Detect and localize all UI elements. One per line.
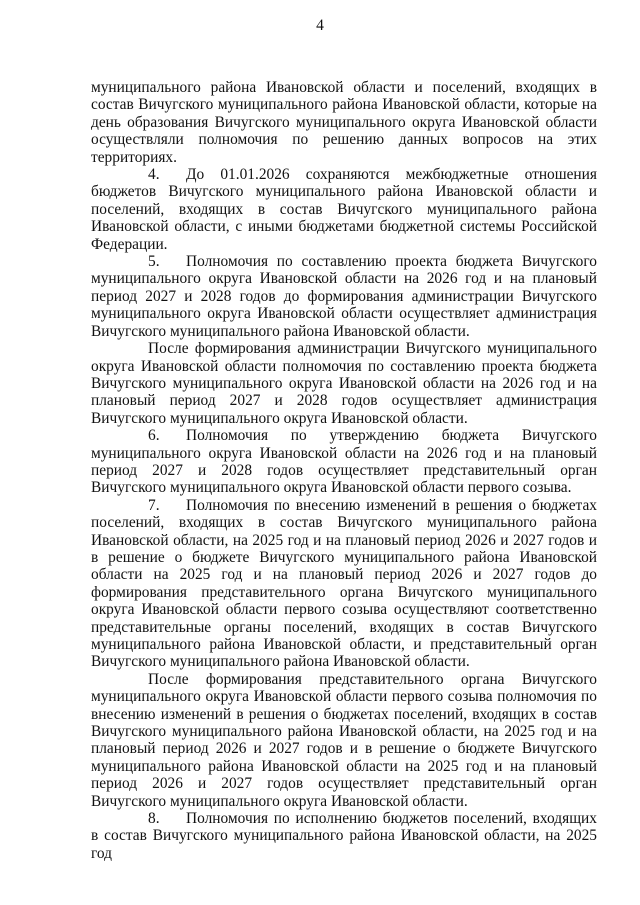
paragraph-item-5: 5.Полномочия по составлению проекта бюдж… bbox=[91, 253, 597, 340]
paragraph-item-7: 7.Полномочия по внесению изменений в реш… bbox=[91, 497, 597, 671]
paragraph-text: муниципального района Ивановской области… bbox=[91, 79, 597, 166]
paragraph-item-4: 4.До 01.01.2026 сохраняются межбюджетные… bbox=[91, 166, 597, 253]
paragraph-1: муниципального района Ивановской области… bbox=[91, 79, 597, 166]
paragraph-text: После формирования администрации Вичугск… bbox=[91, 340, 597, 427]
document-page: 4 муниципального района Ивановской облас… bbox=[0, 0, 640, 905]
paragraph-text: Полномочия по внесению изменений в решен… bbox=[91, 497, 597, 671]
item-number: 8. bbox=[148, 810, 186, 827]
item-number: 5. bbox=[148, 253, 186, 270]
item-number: 7. bbox=[148, 497, 186, 514]
paragraph-item-5-continued: После формирования администрации Вичугск… bbox=[91, 340, 597, 427]
paragraph-item-8: 8.Полномочия по исполнению бюджетов посе… bbox=[91, 810, 597, 862]
item-number: 6. bbox=[148, 427, 186, 444]
document-body: муниципального района Ивановской области… bbox=[91, 79, 597, 862]
paragraph-item-7-continued: После формирования представительного орг… bbox=[91, 671, 597, 810]
item-number: 4. bbox=[148, 166, 186, 183]
page-number: 4 bbox=[0, 17, 640, 35]
paragraph-item-6: 6.Полномочия по утверждению бюджета Вичу… bbox=[91, 427, 597, 497]
paragraph-text: После формирования представительного орг… bbox=[91, 671, 597, 810]
